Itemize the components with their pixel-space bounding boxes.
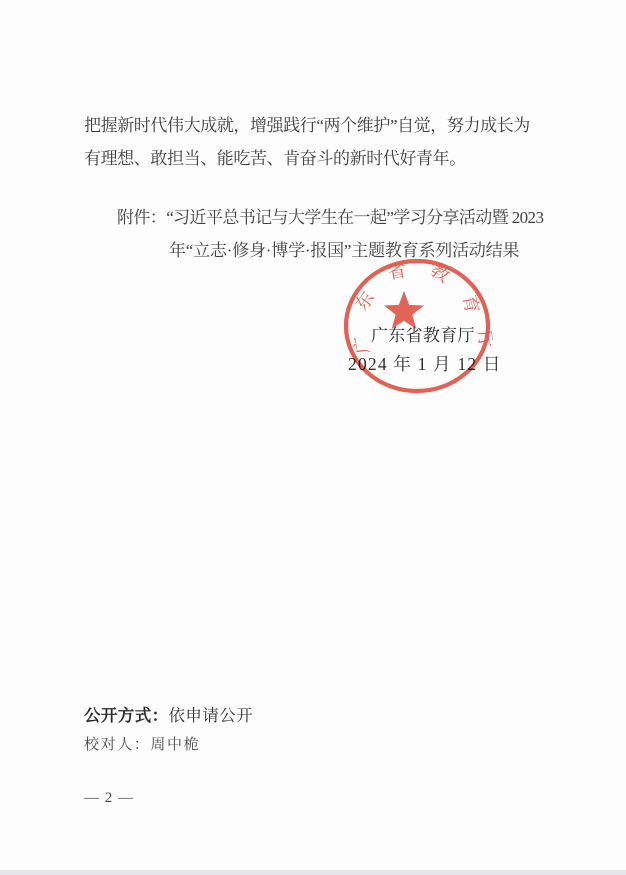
proofreader-row: 校对人：周中桅	[84, 733, 200, 754]
body-line-1: 把握新时代伟大成就，增强践行“两个维护”自觉，努力成长为	[84, 109, 559, 142]
attachment-line-1: 附件：“习近平总书记与大学生在一起”学习分享活动暨 2023	[117, 201, 587, 234]
disclosure-method-row: 公开方式：依申请公开	[84, 702, 253, 726]
page-number: — 2 —	[84, 790, 134, 807]
issuer-signature: 广东省教育厅	[371, 321, 475, 346]
body-paragraph: 把握新时代伟大成就，增强践行“两个维护”自觉，努力成长为 有理想、敢担当、能吃苦…	[84, 109, 559, 175]
proofreader-value: 周中桅	[150, 737, 200, 753]
attachment-line-2: 年“立志·修身·博学·报国”主题教育系列活动结果	[169, 234, 587, 267]
scan-bottom-edge	[0, 870, 626, 875]
proofreader-label: 校对人：	[84, 737, 150, 753]
body-line-2: 有理想、敢担当、能吃苦、肯奋斗的新时代好青年。	[84, 142, 559, 175]
disclosure-method-value: 依申请公开	[169, 706, 254, 725]
scanned-document-page: 把握新时代伟大成就，增强践行“两个维护”自觉，努力成长为 有理想、敢担当、能吃苦…	[0, 0, 626, 875]
issue-date: 2024 年 1 月 12 日	[348, 351, 502, 376]
disclosure-method-label: 公开方式：	[84, 706, 169, 725]
attachment-note: 附件：“习近平总书记与大学生在一起”学习分享活动暨 2023 年“立志·修身·博…	[117, 201, 587, 267]
